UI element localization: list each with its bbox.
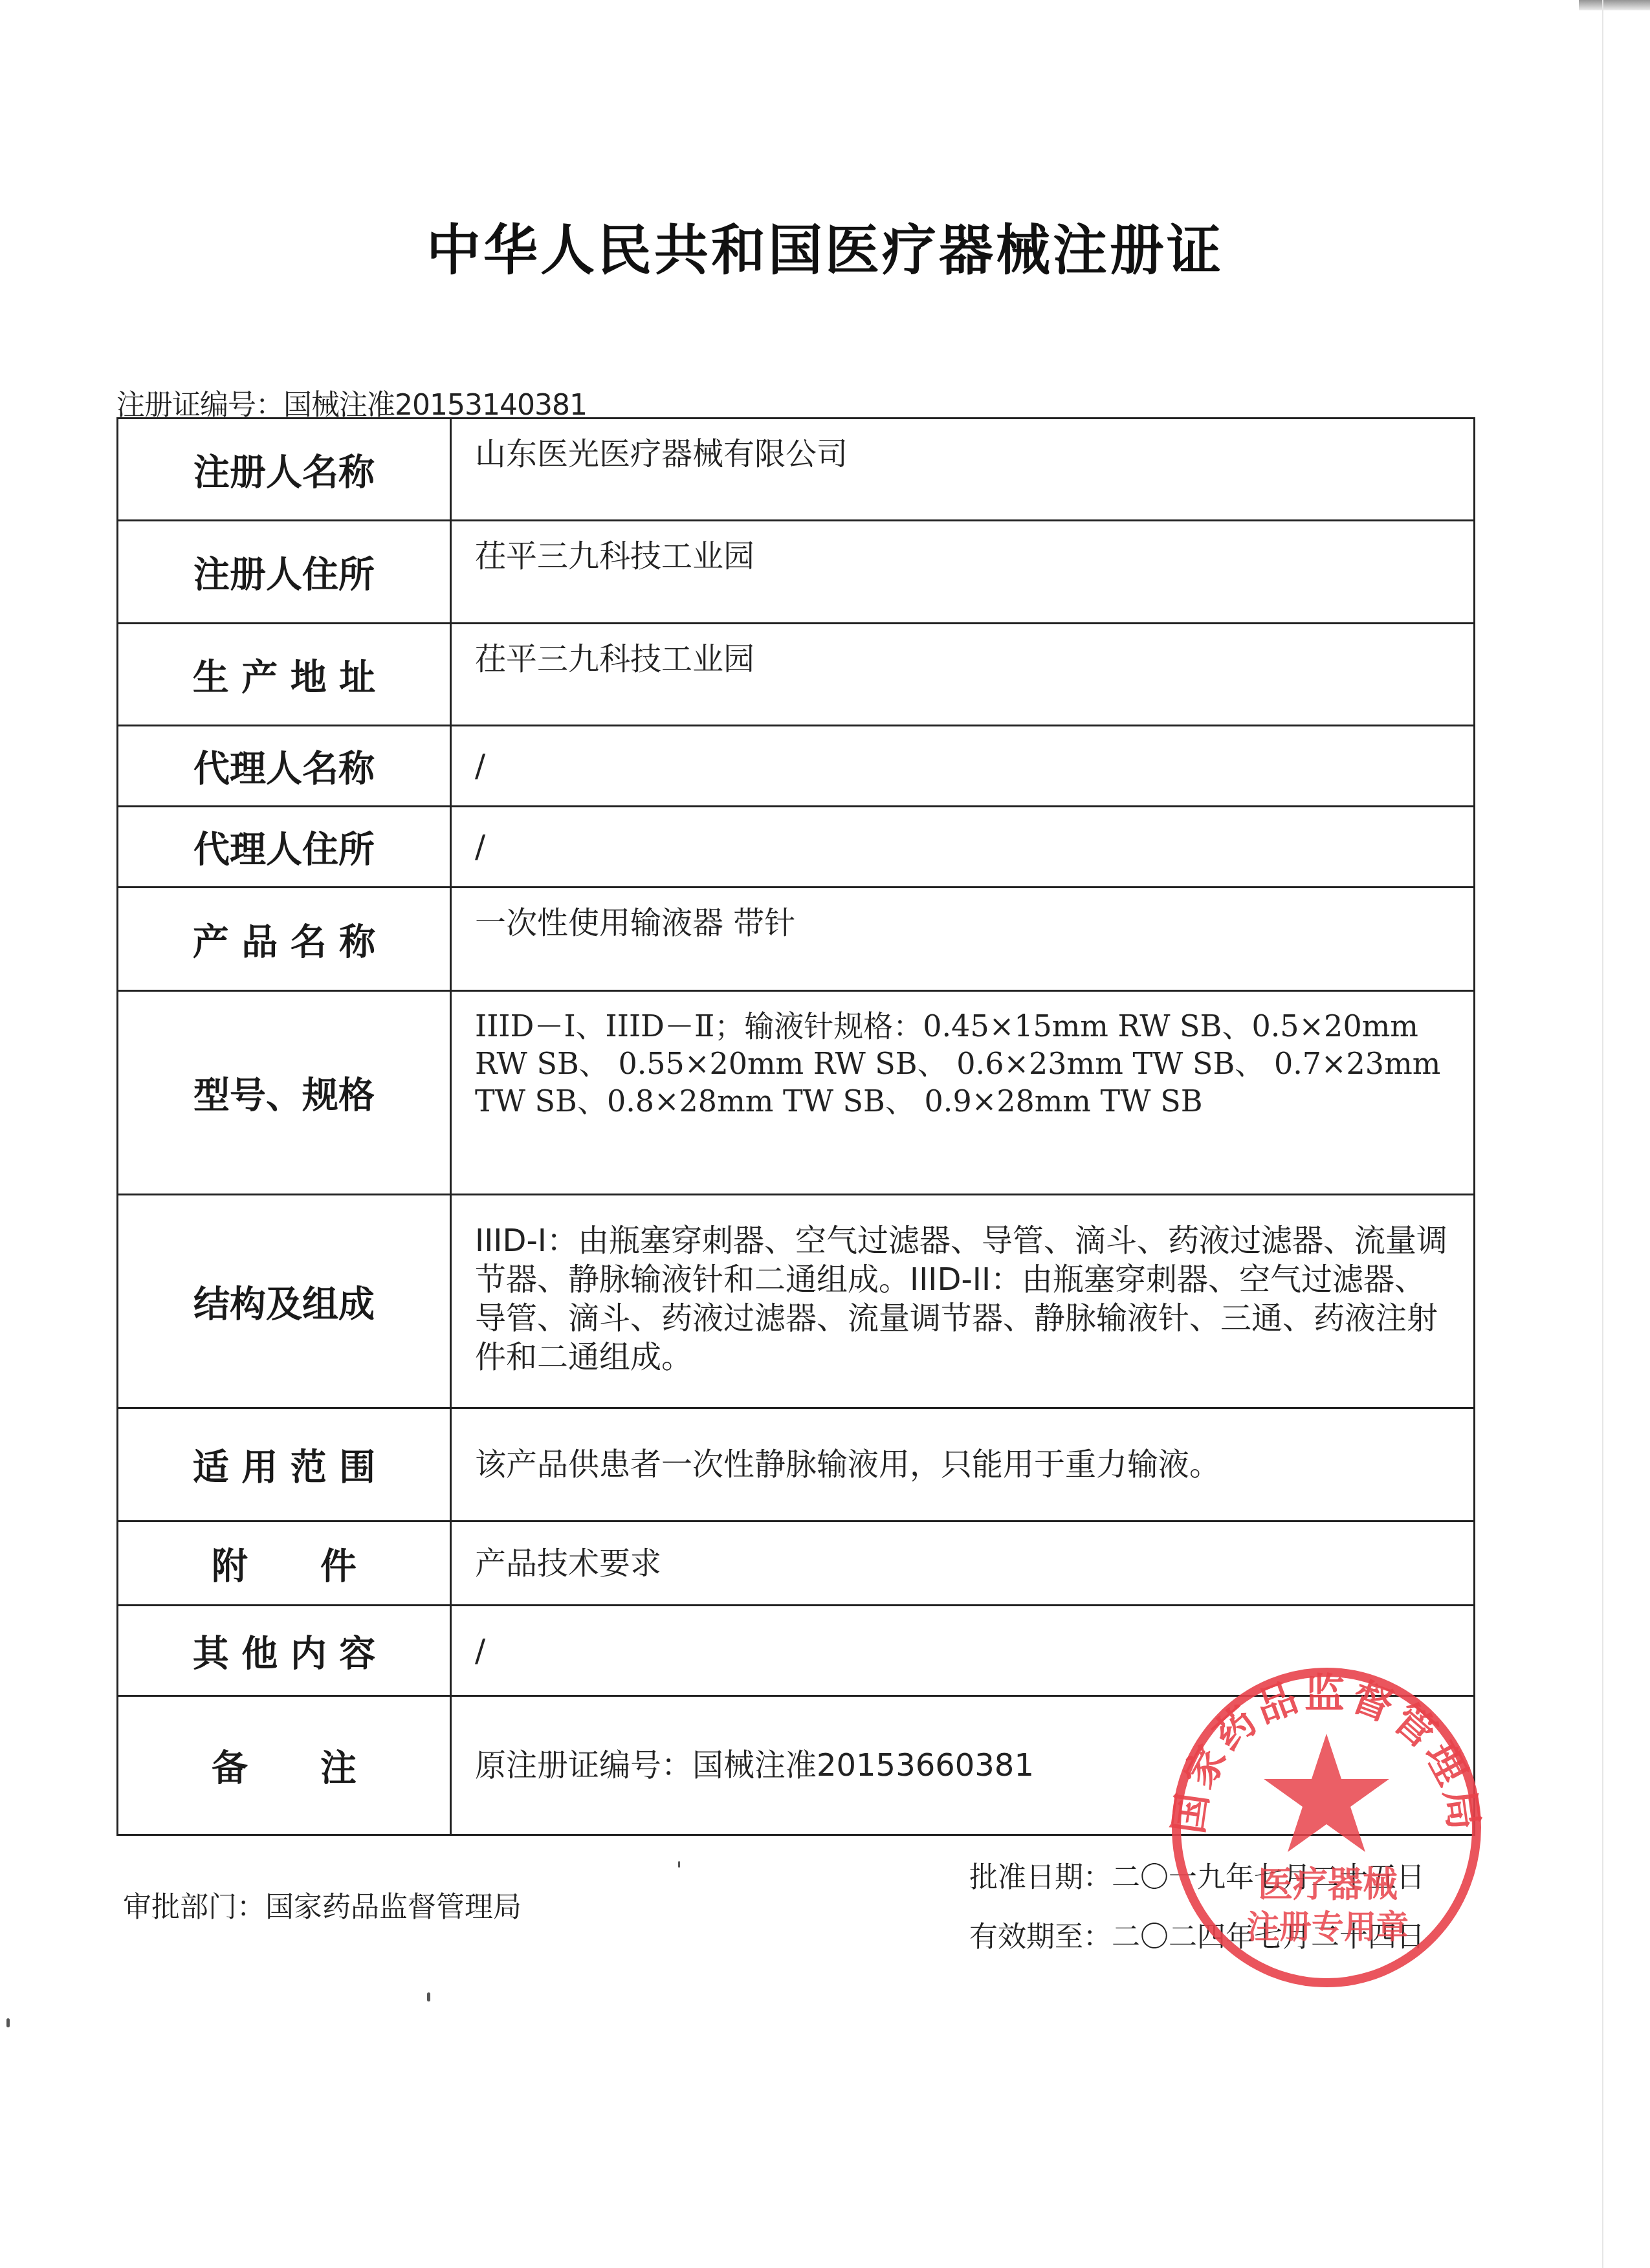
row-label: 产 品 名 称	[118, 888, 451, 991]
row-value: /	[451, 726, 1475, 807]
table-row-remarks: 备 注 原注册证编号：国械注准20153660381	[118, 1696, 1475, 1835]
scan-speck	[678, 1861, 680, 1868]
row-label: 注册人名称	[118, 419, 451, 521]
table-row-attachment: 附 件 产品技术要求	[118, 1521, 1475, 1606]
table-row-product-name: 产 品 名 称 一次性使用输液器 带针	[118, 888, 1475, 991]
row-label: 型号、规格	[118, 991, 451, 1195]
row-label: 代理人名称	[118, 726, 451, 807]
row-value: 原注册证编号：国械注准20153660381	[451, 1696, 1475, 1835]
row-value: IIID-I：由瓶塞穿刺器、空气过滤器、导管、滴斗、药液过滤器、流量调节器、静脉…	[451, 1195, 1475, 1408]
row-label: 注册人住所	[118, 521, 451, 624]
approval-date: 批准日期：二〇一九年七月二十五日	[969, 1854, 1425, 1895]
row-label: 适 用 范 围	[118, 1408, 451, 1521]
certificate-table: 注册人名称 山东医光医疗器械有限公司 注册人住所 茌平三九科技工业园 生 产 地…	[116, 417, 1475, 1836]
approval-department: 审批部门：国家药品监督管理局	[123, 1884, 522, 1925]
table-row-structure: 结构及组成 IIID-I：由瓶塞穿刺器、空气过滤器、导管、滴斗、药液过滤器、流量…	[118, 1195, 1475, 1408]
row-value: 茌平三九科技工业园	[451, 624, 1475, 726]
row-label: 生 产 地 址	[118, 624, 451, 726]
row-value: 山东医光医疗器械有限公司	[451, 419, 1475, 521]
table-row-scope: 适 用 范 围 该产品供患者一次性静脉输液用，只能用于重力输液。	[118, 1408, 1475, 1521]
row-label: 备 注	[118, 1696, 451, 1835]
row-value: /	[451, 1606, 1475, 1696]
row-label: 结构及组成	[118, 1195, 451, 1408]
table-row-agent-address: 代理人住所 /	[118, 807, 1475, 888]
scan-corner-shadow	[1579, 0, 1650, 10]
table-row-model-spec: 型号、规格 IIID－Ⅰ、IIID－Ⅱ；输液针规格：0.45×15mm RW S…	[118, 991, 1475, 1195]
row-value: IIID－Ⅰ、IIID－Ⅱ；输液针规格：0.45×15mm RW SB、0.5×…	[451, 991, 1475, 1195]
row-label: 代理人住所	[118, 807, 451, 888]
valid-until: 有效期至：二〇二四年七月二十四日	[969, 1914, 1425, 1955]
table-row-registrant-address: 注册人住所 茌平三九科技工业园	[118, 521, 1475, 624]
table-row-agent-name: 代理人名称 /	[118, 726, 1475, 807]
row-value: 茌平三九科技工业园	[451, 521, 1475, 624]
row-value: /	[451, 807, 1475, 888]
scan-page-edge	[1602, 0, 1603, 2268]
table-row-other: 其 他 内 容 /	[118, 1606, 1475, 1696]
row-value: 产品技术要求	[451, 1521, 1475, 1606]
row-value: 一次性使用输液器 带针	[451, 888, 1475, 991]
row-label: 其 他 内 容	[118, 1606, 451, 1696]
scan-speck	[6, 2018, 10, 2027]
document-title: 中华人民共和国医疗器械注册证	[0, 207, 1650, 285]
row-label: 附 件	[118, 1521, 451, 1606]
table-row-registrant-name: 注册人名称 山东医光医疗器械有限公司	[118, 419, 1475, 521]
scan-speck	[427, 1992, 430, 2001]
row-value: 该产品供患者一次性静脉输液用，只能用于重力输液。	[451, 1408, 1475, 1521]
table-row-production-address: 生 产 地 址 茌平三九科技工业园	[118, 624, 1475, 726]
